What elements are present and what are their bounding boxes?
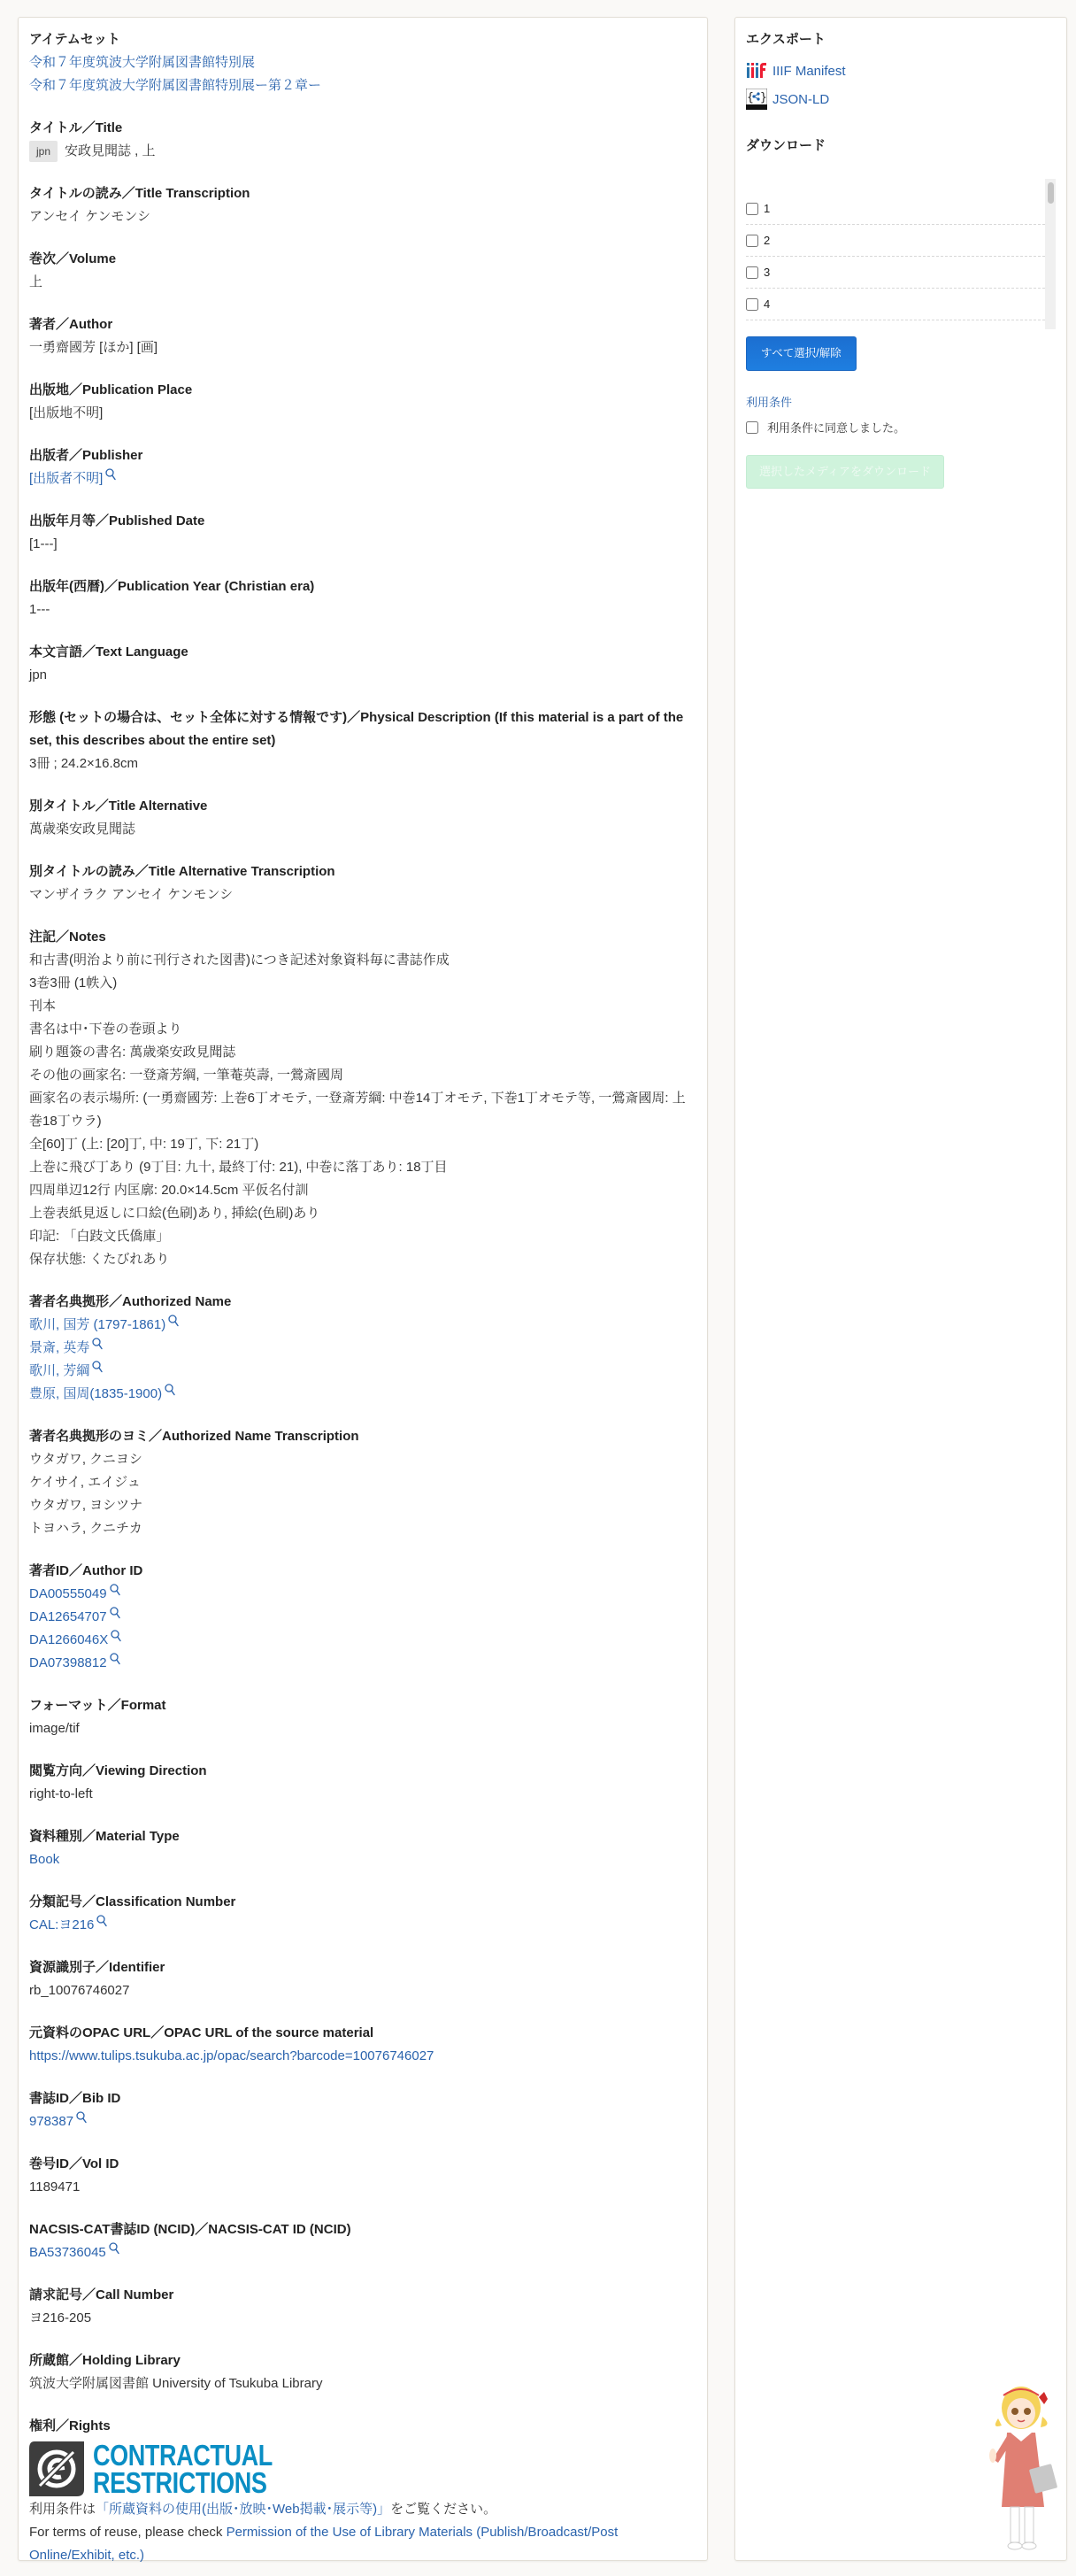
- agree-terms-checkbox[interactable]: [746, 421, 758, 434]
- field-value: rb_10076746027: [29, 1979, 696, 2002]
- field-identifier: 資源識別子／Identifier rb_10076746027: [29, 1956, 696, 2002]
- field-label: 本文言語／Text Language: [29, 641, 696, 664]
- search-icon[interactable]: [109, 2242, 119, 2255]
- field-label: 著者名典拠形／Authorized Name: [29, 1291, 696, 1314]
- opac-url-link[interactable]: https://www.tulips.tsukuba.ac.jp/opac/se…: [29, 2048, 434, 2063]
- json-ld-icon: { }: [746, 89, 767, 110]
- agree-terms-label: 利用条件に同意しました。: [767, 419, 905, 436]
- download-checkbox[interactable]: [746, 203, 758, 215]
- field-format: フォーマット／Format image/tif: [29, 1694, 696, 1740]
- note-line: 印記: 「白跂文氏僑庫」: [29, 1225, 696, 1248]
- search-icon[interactable]: [110, 1653, 120, 1665]
- field-value: 1189471: [29, 2176, 696, 2199]
- field-notes: 注記／Notes 和古書(明治より前に刊行された図書)につき記述対象資料毎に書誌…: [29, 926, 696, 1271]
- item-set-link[interactable]: 令和７年度筑波大学附属図書館特別展: [29, 55, 255, 70]
- note-line: その他の画家名: 一登斎芳綱, 一筆菴英壽, 一鶯斎國周: [29, 1064, 696, 1087]
- field-holding-library: 所蔵館／Holding Library 筑波大学附属図書館 University…: [29, 2349, 696, 2395]
- note-line: 3巻3冊 (1帙入): [29, 972, 696, 995]
- field-material-type: 資料種別／Material Type Book: [29, 1825, 696, 1871]
- ncid-link[interactable]: BA53736045: [29, 2245, 106, 2260]
- field-label: 出版年月等／Published Date: [29, 510, 696, 533]
- search-icon[interactable]: [168, 1315, 179, 1327]
- search-icon[interactable]: [92, 1338, 103, 1350]
- field-publisher: 出版者／Publisher [出版者不明]: [29, 444, 696, 490]
- field-value: image/tif: [29, 1717, 696, 1740]
- download-heading: ダウンロード: [746, 135, 1056, 158]
- logo-line-2: RESTRICTIONS: [93, 2466, 267, 2499]
- field-value: アンセイ ケンモンシ: [29, 205, 696, 228]
- field-value: 上: [29, 271, 696, 294]
- publisher-link[interactable]: [出版者不明]: [29, 471, 103, 486]
- field-authorized-name: 著者名典拠形／Authorized Name 歌川, 国芳 (1797-1861…: [29, 1291, 696, 1406]
- field-value: 筑波大学附属図書館 University of Tsukuba Library: [29, 2372, 696, 2395]
- field-text-language: 本文言語／Text Language jpn: [29, 641, 696, 687]
- search-icon[interactable]: [110, 1607, 120, 1619]
- field-author-id: 著者ID／Author ID DA00555049 DA12654707 DA1…: [29, 1560, 696, 1675]
- field-ncid: NACSIS-CAT書誌ID (NCID)／NACSIS-CAT ID (NCI…: [29, 2218, 696, 2264]
- field-value: ウタガワ, クニヨシ: [29, 1448, 696, 1471]
- field-opac-url: 元資料のOPAC URL／OPAC URL of the source mate…: [29, 2022, 696, 2068]
- download-item[interactable]: 2: [746, 225, 1045, 257]
- rights-ja-suffix: をご覧ください。: [390, 2502, 496, 2517]
- field-label: 巻号ID／Vol ID: [29, 2153, 696, 2176]
- rights-ja-link[interactable]: 「所蔵資料の使用(出版･放映･Web掲載･展示等)」: [96, 2502, 390, 2517]
- note-line: 画家名の表示場所: (一勇齋國芳: 上巻6丁オモテ, 一登斎芳綱: 中巻14丁オ…: [29, 1087, 696, 1133]
- authorized-name-link[interactable]: 歌川, 国芳 (1797-1861): [29, 1317, 165, 1332]
- rights-statement-logo[interactable]: CONTRACTUALRESTRICTIONS: [29, 2440, 696, 2498]
- download-checkbox[interactable]: [746, 266, 758, 279]
- iiif-icon: [746, 60, 767, 81]
- json-ld-link[interactable]: { } JSON-LD: [746, 85, 1056, 113]
- download-checkbox[interactable]: [746, 235, 758, 247]
- field-viewing-direction: 閲覧方向／Viewing Direction right-to-left: [29, 1760, 696, 1806]
- field-label: 著者／Author: [29, 313, 696, 336]
- download-item[interactable]: 1: [746, 193, 1045, 225]
- library-mascot-illustration: [982, 2374, 1067, 2560]
- metadata-panel: アイテムセット 令和７年度筑波大学附属図書館特別展 令和７年度筑波大学附属図書館…: [18, 17, 708, 2561]
- download-item-label: 3: [764, 266, 770, 279]
- field-label: 資源識別子／Identifier: [29, 1956, 696, 1979]
- terms-of-use-link[interactable]: 利用条件: [746, 394, 1056, 412]
- field-label: NACSIS-CAT書誌ID (NCID)／NACSIS-CAT ID (NCI…: [29, 2218, 696, 2241]
- download-item[interactable]: 3: [746, 257, 1045, 289]
- field-label: 出版地／Publication Place: [29, 379, 696, 402]
- download-item-label: 2: [764, 234, 770, 247]
- author-id-link[interactable]: DA07398812: [29, 1655, 107, 1670]
- search-icon[interactable]: [96, 1915, 107, 1927]
- field-publication-year: 出版年(西暦)／Publication Year (Christian era)…: [29, 575, 696, 621]
- field-label: タイトル／Title: [29, 117, 696, 140]
- authorized-name-link[interactable]: 豊原, 国周(1835-1900): [29, 1386, 162, 1401]
- field-value: ウタガワ, ヨシツナ: [29, 1494, 696, 1517]
- field-label: 資料種別／Material Type: [29, 1825, 696, 1848]
- field-rights: 権利／Rights CONTRACTUALRESTRICTIONS 利用条件は「…: [29, 2415, 696, 2567]
- field-author: 著者／Author 一勇齋國芳 [ほか] [画]: [29, 313, 696, 359]
- author-id-link[interactable]: DA12654707: [29, 1609, 107, 1624]
- iiif-manifest-label: IIIF Manifest: [772, 64, 846, 79]
- field-label: 形態 (セットの場合は、セット全体に対する情報です)／Physical Desc…: [29, 706, 696, 752]
- field-call-number: 請求記号／Call Number ヨ216-205: [29, 2284, 696, 2330]
- download-checkbox[interactable]: [746, 298, 758, 311]
- material-type-link[interactable]: Book: [29, 1852, 59, 1867]
- field-label: 別タイトル／Title Alternative: [29, 795, 696, 818]
- note-line: 和古書(明治より前に刊行された図書)につき記述対象資料毎に書誌作成: [29, 949, 696, 972]
- field-authorized-name-transcription: 著者名典拠形のヨミ／Authorized Name Transcription …: [29, 1425, 696, 1540]
- authorized-name-link[interactable]: 景斎, 英寿: [29, 1340, 89, 1355]
- search-icon[interactable]: [92, 1361, 103, 1373]
- download-file-list[interactable]: 1 2 3 4: [746, 179, 1056, 329]
- bib-id-link[interactable]: 978387: [29, 2114, 73, 2129]
- svg-text:}: }: [760, 91, 767, 104]
- field-value: [出版地不明]: [29, 402, 696, 425]
- json-ld-label: JSON-LD: [772, 92, 829, 107]
- field-label: 出版年(西暦)／Publication Year (Christian era): [29, 575, 696, 598]
- field-label: 著者名典拠形のヨミ／Authorized Name Transcription: [29, 1425, 696, 1448]
- field-label: 元資料のOPAC URL／OPAC URL of the source mate…: [29, 2022, 696, 2045]
- field-value: 1---: [29, 598, 696, 621]
- field-label: 注記／Notes: [29, 926, 696, 949]
- author-id-link[interactable]: DA1266046X: [29, 1632, 108, 1647]
- field-label: 出版者／Publisher: [29, 444, 696, 467]
- search-icon[interactable]: [110, 1584, 120, 1596]
- field-value: ヨ216-205: [29, 2307, 696, 2330]
- field-bib-id: 書誌ID／Bib ID 978387: [29, 2087, 696, 2133]
- note-line: 上巻に飛び丁あり (9丁目: 九十, 最終丁付: 21), 中巻に落丁あり: 1…: [29, 1156, 696, 1179]
- field-volume: 巻次／Volume 上: [29, 248, 696, 294]
- note-line: 四周単辺12行 内匡廓: 20.0×14.5cm 平仮名付訓: [29, 1179, 696, 1202]
- field-publication-place: 出版地／Publication Place [出版地不明]: [29, 379, 696, 425]
- field-value: right-to-left: [29, 1783, 696, 1806]
- field-published-date: 出版年月等／Published Date [1---]: [29, 510, 696, 556]
- scrollbar-thumb[interactable]: [1048, 182, 1054, 204]
- field-title-transcription: タイトルの読み／Title Transcription アンセイ ケンモンシ: [29, 182, 696, 228]
- field-value: 3冊 ; 24.2×16.8cm: [29, 752, 696, 775]
- field-label: 所蔵館／Holding Library: [29, 2349, 696, 2372]
- field-value: [1---]: [29, 533, 696, 556]
- field-value: トヨハラ, クニチカ: [29, 1517, 696, 1540]
- field-label: フォーマット／Format: [29, 1694, 696, 1717]
- field-value: jpn: [29, 664, 696, 687]
- rights-ja-prefix: 利用条件は: [29, 2502, 96, 2517]
- field-value: ケイサイ, エイジュ: [29, 1471, 696, 1494]
- field-value: マンザイラク アンセイ ケンモンシ: [29, 883, 696, 906]
- note-line: 書名は中･下巻の巻頭より: [29, 1018, 696, 1041]
- field-classification: 分類記号／Classification Number CAL:ヨ216: [29, 1891, 696, 1937]
- iiif-manifest-link[interactable]: IIIF Manifest: [746, 57, 1056, 85]
- scrollbar[interactable]: [1045, 179, 1056, 329]
- note-line: 保存状態: くたびれあり: [29, 1248, 696, 1271]
- search-icon[interactable]: [165, 1384, 175, 1396]
- field-label: アイテムセット: [29, 28, 696, 51]
- download-item-label: 1: [764, 202, 770, 215]
- contractual-restrictions-icon: [29, 2441, 84, 2496]
- download-item[interactable]: 4: [746, 289, 1045, 320]
- field-label: 分類記号／Classification Number: [29, 1891, 696, 1914]
- field-label: 著者ID／Author ID: [29, 1560, 696, 1583]
- field-value: 一勇齋國芳 [ほか] [画]: [29, 336, 696, 359]
- download-item-label: 4: [764, 297, 770, 311]
- language-badge: jpn: [29, 141, 58, 162]
- agree-terms[interactable]: 利用条件に同意しました。: [746, 419, 1056, 436]
- title-value: 安政見聞誌 , 上: [65, 143, 156, 158]
- field-label: 巻次／Volume: [29, 248, 696, 271]
- field-label: 書誌ID／Bib ID: [29, 2087, 696, 2110]
- field-item-set: アイテムセット 令和７年度筑波大学附属図書館特別展 令和７年度筑波大学附属図書館…: [29, 28, 696, 97]
- field-title-alternative: 別タイトル／Title Alternative 萬歳楽安政見聞誌: [29, 795, 696, 841]
- search-icon[interactable]: [105, 468, 116, 481]
- field-label: 請求記号／Call Number: [29, 2284, 696, 2307]
- author-id-link[interactable]: DA00555049: [29, 1586, 107, 1601]
- sidebar-panel: エクスポート IIIF Manifest { } JSON-LD ダウンロード: [734, 17, 1067, 2561]
- note-line: 刊本: [29, 995, 696, 1018]
- search-icon[interactable]: [111, 1630, 121, 1642]
- download-selected-button[interactable]: 選択したメディアをダウンロード: [746, 455, 944, 489]
- authorized-name-link[interactable]: 歌川, 芳綱: [29, 1363, 89, 1378]
- note-line: 刷り題簽の書名: 萬歳楽安政見聞誌: [29, 1041, 696, 1064]
- field-label: タイトルの読み／Title Transcription: [29, 182, 696, 205]
- item-set-link[interactable]: 令和７年度筑波大学附属図書館特別展ー第２章ー: [29, 78, 321, 93]
- field-value: 萬歳楽安政見聞誌: [29, 818, 696, 841]
- field-label: 権利／Rights: [29, 2415, 696, 2438]
- field-vol-id: 巻号ID／Vol ID 1189471: [29, 2153, 696, 2199]
- search-icon[interactable]: [76, 2111, 87, 2124]
- field-label: 別タイトルの読み／Title Alternative Transcription: [29, 860, 696, 883]
- svg-text:{: {: [747, 91, 754, 104]
- classification-link[interactable]: CAL:ヨ216: [29, 1917, 94, 1932]
- export-heading: エクスポート: [746, 28, 1056, 51]
- field-label: 閲覧方向／Viewing Direction: [29, 1760, 696, 1783]
- field-physical-description: 形態 (セットの場合は、セット全体に対する情報です)／Physical Desc…: [29, 706, 696, 775]
- note-line: 上巻表紙見返しに口絵(色刷)あり, 挿絵(色刷)あり: [29, 1202, 696, 1225]
- field-title: タイトル／Title jpn安政見聞誌 , 上: [29, 117, 696, 163]
- note-line: 全[60]丁 (上: [20]丁, 中: 19丁, 下: 21丁): [29, 1133, 696, 1156]
- select-all-button[interactable]: すべて選択/解除: [746, 336, 857, 371]
- field-title-alternative-transcription: 別タイトルの読み／Title Alternative Transcription…: [29, 860, 696, 906]
- rights-en-prefix: For terms of reuse, please check: [29, 2525, 227, 2540]
